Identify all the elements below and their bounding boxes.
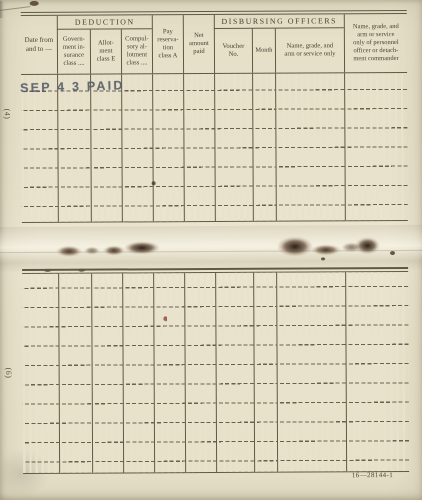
paybook-scan: (4) (6) Date from and to — DEDUCTION Gov… [0, 0, 422, 500]
ink-blot [84, 247, 100, 255]
table-header: Date from and to — DEDUCTION Govern- men… [21, 13, 407, 75]
form-code: 16—28144-1 [321, 471, 393, 479]
ruled-column [276, 272, 346, 471]
table-body-top [21, 73, 408, 223]
ink-speck [321, 257, 325, 260]
ink-speck [152, 181, 156, 185]
ruled-column [58, 274, 92, 473]
ink-speck [390, 251, 395, 255]
ruled-column [183, 74, 215, 221]
ruled-column [345, 272, 409, 471]
ruled-column [253, 273, 277, 472]
col-header-voucher-no: Voucher No. [214, 29, 252, 73]
ruled-column [153, 273, 185, 472]
pen-scratch-mark [0, 6, 31, 11]
col-header-personnel-officer: Name, grade, and arm or service only of … [344, 14, 407, 72]
ink-blot [277, 236, 313, 256]
page-number-top: (4) [3, 109, 12, 123]
ruled-column [122, 273, 154, 472]
top-edge-speck [30, 1, 39, 6]
col-header-allotment: Allot- ment class E [90, 29, 121, 73]
ruled-column [252, 74, 276, 221]
ruled-column [57, 75, 91, 222]
group-header-disbursing-officers: DISBURSING OFFICERS [214, 14, 344, 29]
paid-date-stamp: SEP 4 3 PAID [20, 78, 125, 95]
ruled-column [90, 74, 122, 221]
ruled-column [121, 74, 153, 221]
ruled-column [152, 74, 184, 221]
ruled-column [344, 73, 408, 220]
col-header-pay-reservation: Pay reserva- tion class A [152, 15, 183, 73]
ruled-column [215, 273, 254, 472]
ruled-column [184, 273, 216, 472]
table-body-bottom [22, 271, 409, 474]
ink-blot [355, 237, 380, 254]
group-header-deduction: DEDUCTION [57, 15, 152, 29]
col-header-date: Date from and to — [21, 16, 57, 74]
page-number-bottom: (6) [4, 368, 13, 382]
scan-content: (4) (6) Date from and to — DEDUCTION Gov… [0, 0, 422, 500]
pay-record-table-top: Date from and to — DEDUCTION Govern- men… [21, 13, 408, 223]
col-header-month: Month [252, 29, 275, 73]
ruled-column [21, 75, 58, 222]
ruled-column [22, 274, 59, 473]
col-header-name-grade: Name, grade, and arm or service only [275, 28, 344, 72]
col-header-compulsory-allotment: Compul- sory al- lotment class .... [121, 29, 152, 73]
ruled-column [275, 73, 345, 220]
pay-record-table-bottom [22, 271, 409, 474]
ruled-column [91, 273, 123, 472]
col-header-government-insurance: Govern- ment in- surance class .... [57, 30, 90, 74]
col-header-net-amount: Net amount paid [183, 15, 214, 73]
ruled-column [214, 74, 253, 221]
